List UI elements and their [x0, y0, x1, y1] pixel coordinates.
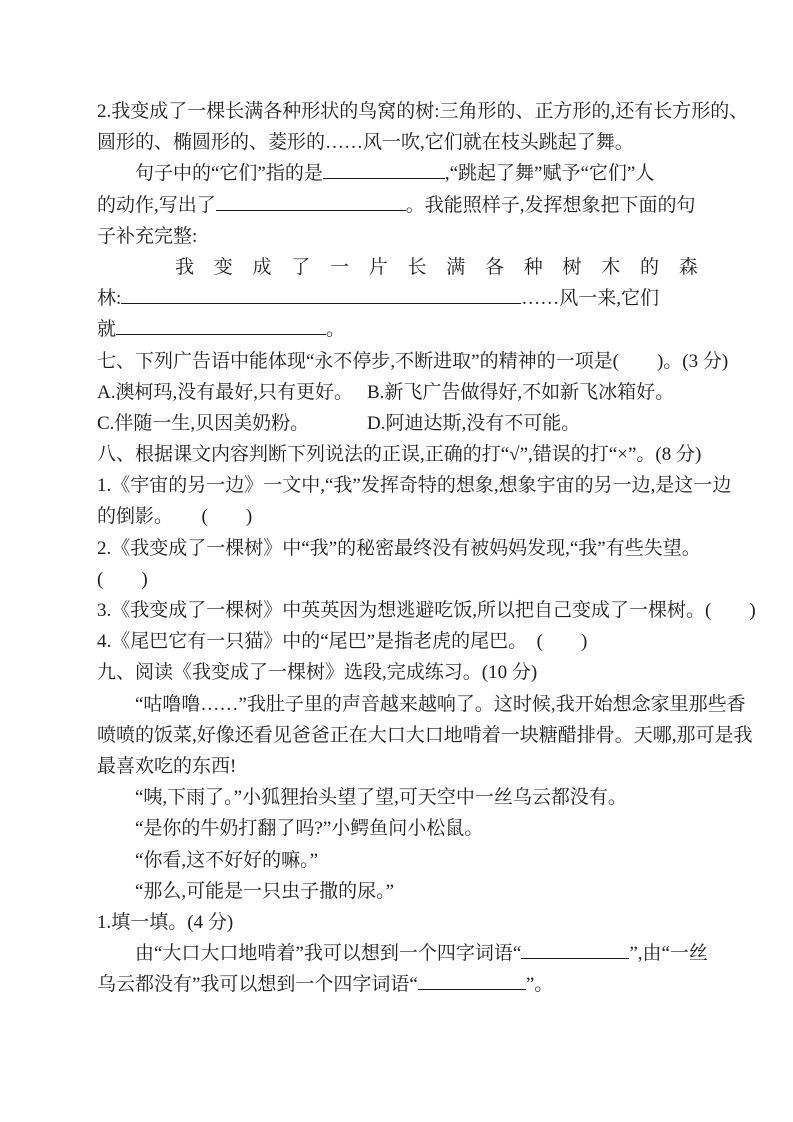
section8-item1-line2: 的倒影。 ( ) [97, 501, 737, 532]
section9-dialogue1: “咦,下雨了。”小狐狸抬头望了望,可天空中一丝乌云都没有。 [97, 782, 737, 813]
q2-fill1-pre: 句子中的“它们”指的是 [135, 163, 323, 184]
q2-fill-line1: 句子中的“它们”指的是,“跳起了舞”赋予“它们”人 [97, 158, 737, 189]
answer-blank-underline [121, 301, 521, 304]
section7-option-b: B.新飞广告做得好,不如新飞冰箱好。 [367, 382, 674, 403]
q2-fill2-pre: 的动作,写出了 [97, 195, 216, 216]
answer-blank-underline [116, 332, 326, 335]
section8-item1-line1: 1.《宇宙的另一边》一文中,“我”发挥奇特的想象,想象宇宙的另一边,是这一边 [97, 470, 737, 501]
section9-q1-label: 1.填一填。(4 分) [97, 907, 737, 938]
section9-q1-line2: 乌云都没有”我可以想到一个四字词语“”。 [97, 969, 737, 1000]
answer-blank-underline [521, 956, 629, 959]
answer-blank-underline [323, 176, 445, 179]
section9-dialogue2: “是你的牛奶打翻了吗?”小鳄鱼问小松鼠。 [97, 813, 737, 844]
q2-example-l2-pre: 林: [97, 288, 121, 309]
section7-option-d: D.阿迪达斯,没有不可能。 [367, 413, 580, 434]
exam-page: 2.我变成了一棵长满各种形状的鸟窝的树:三角形的、正方形的,还有长方形的、 圆形… [97, 96, 737, 1000]
section9-dialogue4: “那么,可能是一只虫子撒的尿。” [97, 876, 737, 907]
section9-passage-line3: 最喜欢吃的东西! [97, 751, 737, 782]
q2-stem-line1: 2.我变成了一棵长满各种形状的鸟窝的树:三角形的、正方形的,还有长方形的、 [97, 96, 737, 127]
q2-fill-line2: 的动作,写出了。我能照样子,发挥想象把下面的句 [97, 190, 737, 221]
section7-option-c: C.伴随一生,贝因美奶粉。 [97, 408, 367, 439]
answer-blank-underline [418, 987, 526, 990]
section9-passage-line2: 喷喷的饭菜,好像还看见爸爸正在大口大口地啃着一块糖醋排骨。天哪,那可是我 [97, 720, 737, 751]
section9-dialogue3: “你看,这不好好的嘛。” [97, 845, 737, 876]
section9-q1-line1-pre: 由“大口大口地啃着”我可以想到一个四字词语“ [135, 943, 521, 964]
section9-heading: 九、阅读《我变成了一棵树》选段,完成练习。(10 分) [97, 657, 737, 688]
section8-heading: 八、根据课文内容判断下列说法的正误,正确的打“√”,错误的打“×”。(8 分) [97, 439, 737, 470]
section7-option-a: A.澳柯玛,没有最好,只有更好。 [97, 377, 367, 408]
section7-heading: 七、下列广告语中能体现“永不停步,不断进取”的精神的一项是( )。(3 分) [97, 346, 737, 377]
section9-q1-line1: 由“大口大口地啃着”我可以想到一个四字词语“”,由“一丝 [97, 938, 737, 969]
q2-stem-line2: 圆形的、椭圆形的、菱形的……风一吹,它们就在枝头跳起了舞。 [97, 127, 737, 158]
section8-item2-line2: ( ) [97, 564, 737, 595]
section9-passage-line1: “咕噜噜……”我肚子里的声音越来越响了。这时候,我开始想念家里那些香 [97, 689, 737, 720]
q2-fill-line3: 子补充完整: [97, 221, 737, 252]
section9-q1-line2-pre: 乌云都没有”我可以想到一个四字词语“ [97, 974, 418, 995]
answer-blank-underline [216, 208, 406, 211]
q2-example-l2-post: ……风一来,它们 [521, 288, 659, 309]
section8-item3: 3.《我变成了一棵树》中英英因为想逃避吃饭,所以把自己变成了一棵树。( ) [97, 595, 737, 626]
q2-example-spread-line: 我 变 成 了 一 片 长 满 各 种 树 木 的 森 [97, 252, 737, 283]
q2-fill2-post: 。我能照样子,发挥想象把下面的句 [406, 195, 696, 216]
q2-fill1-post: ,“跳起了舞”赋予“它们”人 [445, 163, 654, 184]
section8-item4: 4.《尾巴它有一只猫》中的“尾巴”是指老虎的尾巴。 ( ) [97, 626, 737, 657]
q2-example-line3: 就。 [97, 314, 737, 345]
q2-example-l3-pre: 就 [97, 319, 116, 340]
section7-options-row1: A.澳柯玛,没有最好,只有更好。B.新飞广告做得好,不如新飞冰箱好。 [97, 377, 737, 408]
section9-q1-line1-post: ”,由“一丝 [629, 943, 708, 964]
section8-item2-line1: 2.《我变成了一棵树》中“我”的秘密最终没有被妈妈发现,“我”有些失望。 [97, 533, 737, 564]
section7-options-row2: C.伴随一生,贝因美奶粉。D.阿迪达斯,没有不可能。 [97, 408, 737, 439]
q2-example-line2: 林:……风一来,它们 [97, 283, 737, 314]
section9-q1-line2-post: ”。 [526, 974, 553, 995]
q2-example-l3-post: 。 [326, 319, 345, 340]
